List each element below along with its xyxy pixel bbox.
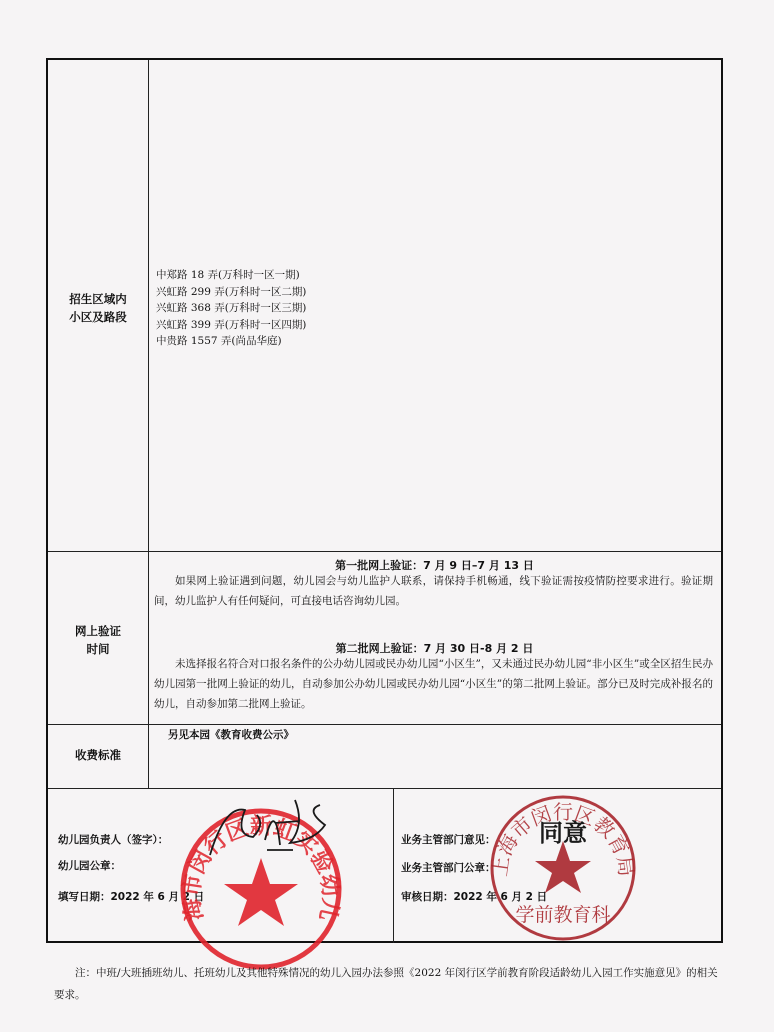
footnote: 注：中班/大班插班幼儿、托班幼儿及其他特殊情况的幼儿入园办法参照《2022 年闵… [54,962,720,1006]
row-divider [48,551,721,552]
review-date-label: 审核日期：2022 年 6 月 2 日 [401,889,547,904]
address-item: 中贵路 1557 弄(尚品华庭) [156,333,306,350]
fee-content: 另见本园《教育收费公示》 [168,727,294,742]
column-divider [148,60,149,788]
address-item: 兴虹路 399 弄(万科时一区四期) [156,317,306,334]
kindergarten-seal-label: 幼儿园公章： [58,858,121,873]
row-divider [48,788,721,789]
column-divider [393,788,394,943]
batch1-text: 如果网上验证遇到问题，幼儿园会与幼儿监护人联系，请保持手机畅通，线下验证需按疫情… [154,571,713,611]
principal-signature-label: 幼儿园负责人（签字）： [58,832,168,847]
verification-label: 网上验证 时间 [48,622,148,658]
verification-label-line: 网上验证 [48,622,148,640]
area-label-line: 小区及路段 [48,308,148,326]
document-page: 招生区域内 小区及路段 中郑路 18 弄(万科时一区一期) 兴虹路 299 弄(… [0,0,774,1032]
address-item: 兴虹路 368 弄(万科时一区三期) [156,300,306,317]
dept-opinion-label: 业务主管部门意见： [401,832,496,847]
address-list: 中郑路 18 弄(万科时一区一期) 兴虹路 299 弄(万科时一区二期) 兴虹路… [156,267,306,350]
dept-seal-label: 业务主管部门公章： [401,860,496,875]
area-label-line: 招生区域内 [48,290,148,308]
row-divider [48,724,721,725]
fee-label: 收费标准 [48,746,148,764]
enrollment-table: 招生区域内 小区及路段 中郑路 18 弄(万科时一区一期) 兴虹路 299 弄(… [46,58,723,943]
batch2-text: 未选择报名符合对口报名条件的公办幼儿园或民办幼儿园“小区生”，又未通过民办幼儿园… [154,654,713,714]
verification-label-line: 时间 [48,640,148,658]
fill-date-label: 填写日期：2022 年 6 月 2 日 [58,889,204,904]
address-item: 兴虹路 299 弄(万科时一区二期) [156,284,306,301]
area-label: 招生区域内 小区及路段 [48,290,148,326]
address-item: 中郑路 18 弄(万科时一区一期) [156,267,306,284]
